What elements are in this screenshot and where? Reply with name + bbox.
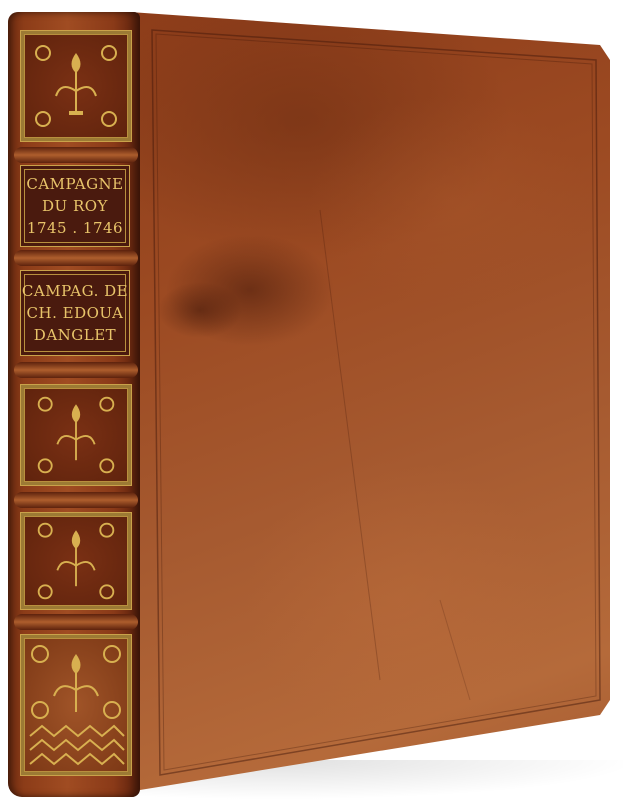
- label-2-line-1: CAMPAG. DE: [21, 280, 129, 302]
- spine-raised-band: [14, 492, 138, 508]
- fleuron-icon: [26, 640, 126, 770]
- label-1-line-1: CAMPAGNE: [21, 173, 129, 195]
- spine-raised-band: [14, 362, 138, 378]
- spine-ornament-panel-middle-2: [20, 512, 132, 610]
- label-2-line-3: DANGLET: [21, 324, 129, 346]
- fleuron-icon: [34, 519, 118, 603]
- fleuron-icon: [31, 41, 121, 131]
- spine-ornament-panel-bottom: [20, 634, 132, 776]
- label-2-line-2: CH. EDOUA: [21, 302, 129, 324]
- spine-title-label-1: CAMPAGNE DU ROY 1745 . 1746: [20, 165, 130, 247]
- spine-raised-band: [14, 147, 138, 163]
- fleuron-icon: [34, 393, 118, 477]
- label-1-line-2: DU ROY: [21, 195, 129, 217]
- spine-raised-band: [14, 614, 138, 630]
- spine-ornament-panel-top: [20, 30, 132, 142]
- book-photo: CAMPAGNE DU ROY 1745 . 1746 CAMPAG. DE C…: [0, 0, 623, 800]
- spine-title-label-2: CAMPAG. DE CH. EDOUA DANGLET: [20, 270, 130, 356]
- book-spine: CAMPAGNE DU ROY 1745 . 1746 CAMPAG. DE C…: [8, 12, 140, 797]
- spine-raised-band: [14, 250, 138, 266]
- label-1-line-3: 1745 . 1746: [21, 217, 129, 239]
- spine-ornament-panel-middle-1: [20, 384, 132, 486]
